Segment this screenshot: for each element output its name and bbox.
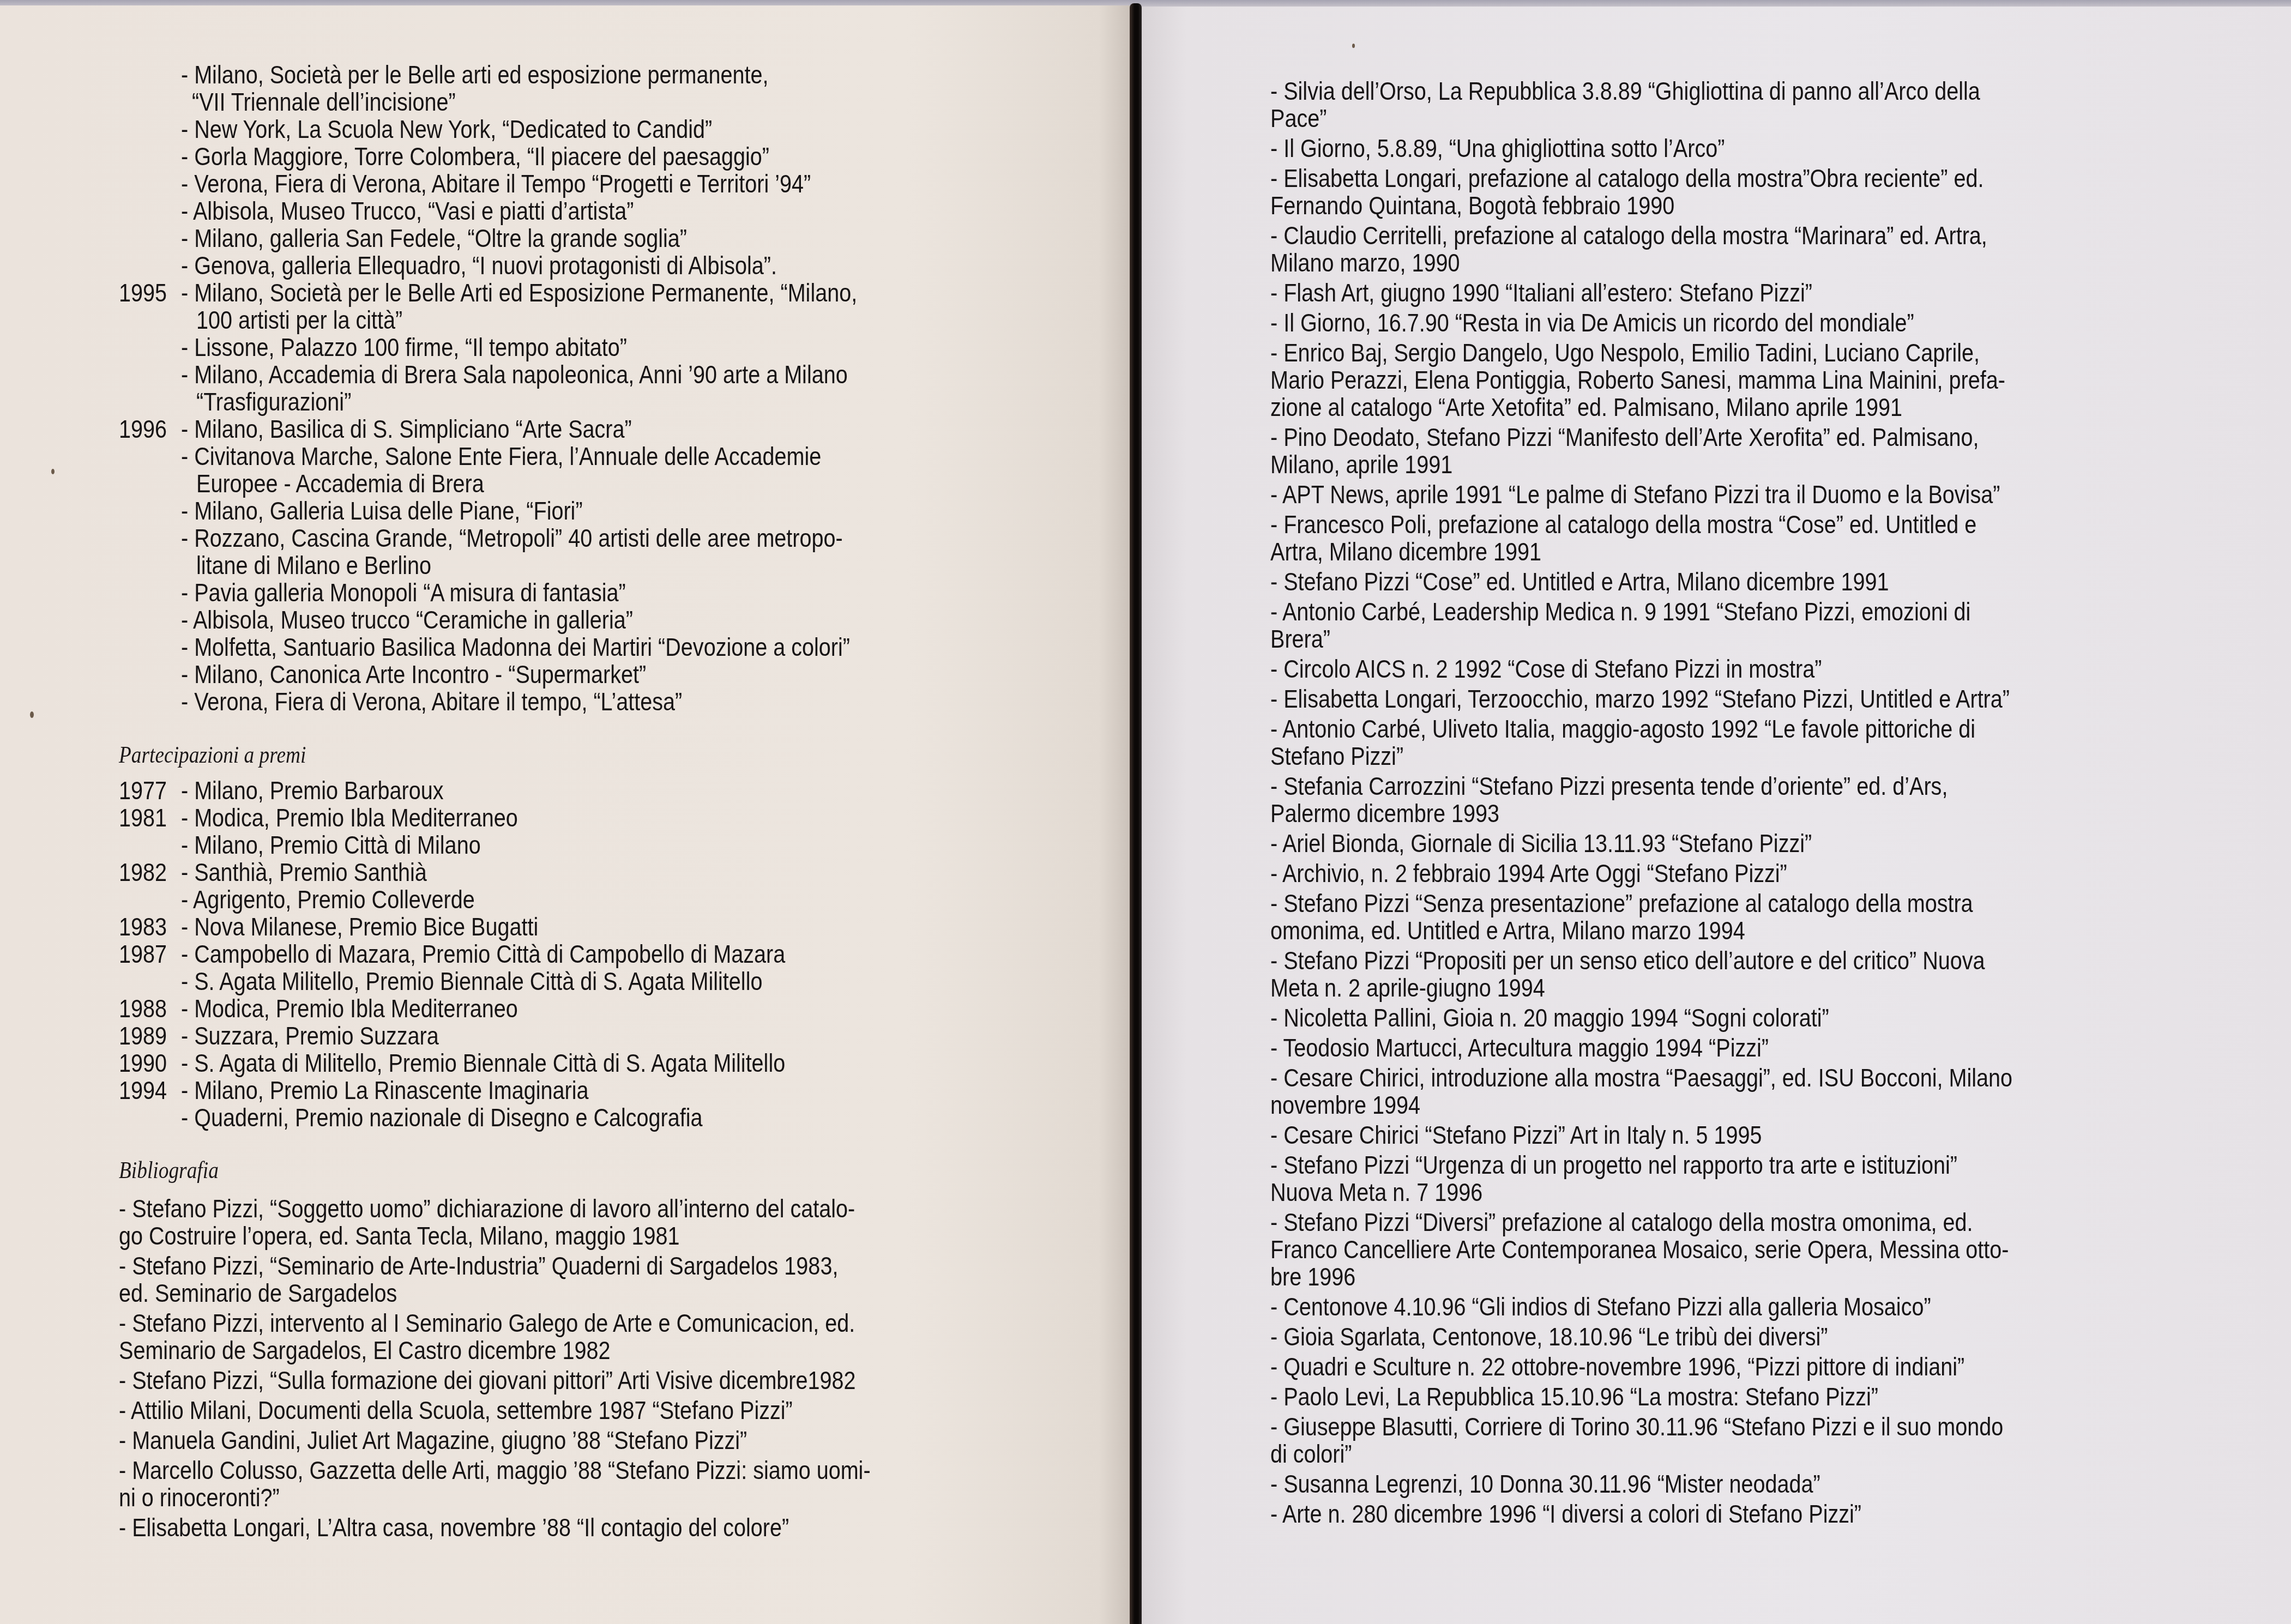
bibliography-entry: - Silvia dell’Orso, La Repubblica 3.8.89… — [1270, 77, 1980, 105]
list-item: - Verona, Fiera di Verona, Abitare il te… — [181, 688, 682, 715]
bibliography-entry-continuation: Brera” — [1270, 625, 1330, 653]
year-label: 1996 — [119, 415, 167, 443]
year-label: 1982 — [119, 859, 167, 886]
list-item-continuation: “VII Triennale dell’incisione” — [192, 88, 456, 116]
paper-speck — [1352, 44, 1355, 48]
year-label: 1990 — [119, 1049, 167, 1077]
bibliography-entry-continuation: Palermo dicembre 1993 — [1270, 800, 1499, 827]
bibliography-entry: - Quadri e Sculture n. 22 ottobre-novemb… — [1270, 1353, 1964, 1380]
bibliography-entry: - Cesare Chirici “Stefano Pizzi” Art in … — [1270, 1121, 1762, 1149]
list-item: - Milano, Canonica Arte Incontro - “Supe… — [181, 661, 646, 688]
bibliography-entry-continuation: Milano marzo, 1990 — [1270, 249, 1460, 276]
bibliography-entry-continuation: Franco Cancelliere Arte Contemporanea Mo… — [1270, 1236, 2009, 1263]
bibliography-entry: - Centonove 4.10.96 “Gli indios di Stefa… — [1270, 1293, 1931, 1320]
bibliography-entry-continuation: Seminario de Sargadelos, El Castro dicem… — [119, 1337, 611, 1364]
bibliography-entry: - Nicoletta Pallini, Gioia n. 20 maggio … — [1270, 1004, 1829, 1031]
bibliography-entry-continuation: omonima, ed. Untitled e Artra, Milano ma… — [1270, 917, 1745, 944]
list-item: - Gorla Maggiore, Torre Colombera, “Il p… — [181, 143, 769, 170]
bibliography-entry: - Stefano Pizzi “Urgenza di un progetto … — [1270, 1151, 1957, 1179]
bibliography-entry-continuation: ed. Seminario de Sargadelos — [119, 1279, 397, 1307]
bibliography-entry: - Antonio Carbé, Uliveto Italia, maggio-… — [1270, 715, 1975, 742]
bibliography-entry: - Susanna Legrenzi, 10 Donna 30.11.96 “M… — [1270, 1470, 1820, 1498]
bibliography-entry: - Stefania Carrozzini “Stefano Pizzi pre… — [1270, 772, 1948, 800]
list-item: - Albisola, Museo Trucco, “Vasi e piatti… — [181, 197, 634, 225]
bibliography-entry: - Elisabetta Longari, Terzoocchio, marzo… — [1270, 685, 2010, 713]
bibliography-entry: - Stefano Pizzi, intervento al I Seminar… — [119, 1309, 855, 1337]
bibliography-entry-continuation: di colori” — [1270, 1440, 1352, 1468]
bibliography-entry: - Enrico Baj, Sergio Dangelo, Ugo Nespol… — [1270, 339, 1980, 366]
list-item: - Milano, Galleria Luisa delle Piane, “F… — [181, 497, 583, 524]
bibliography-entry: - Giuseppe Blasutti, Corriere di Torino … — [1270, 1413, 2003, 1440]
list-item-continuation: 100 artisti per la città” — [196, 306, 402, 334]
bibliography-entry-continuation: Nuova Meta n. 7 1996 — [1270, 1179, 1482, 1206]
list-item: - Verona, Fiera di Verona, Abitare il Te… — [181, 170, 811, 197]
year-label: 1981 — [119, 804, 167, 831]
award-item: - Campobello di Mazara, Premio Città di … — [181, 940, 785, 968]
bibliography-entry-continuation: Mario Perazzi, Elena Pontiggia, Roberto … — [1270, 366, 2005, 394]
award-item: - Agrigento, Premio Colleverde — [181, 886, 475, 913]
award-item: - Modica, Premio Ibla Mediterraneo — [181, 995, 518, 1022]
list-item: - Genova, galleria Ellequadro, “I nuovi … — [181, 252, 777, 279]
bibliography-entry-continuation: Stefano Pizzi” — [1270, 742, 1403, 770]
list-item-continuation: “Trasfigurazioni” — [196, 388, 351, 415]
bibliography-entry-continuation: novembre 1994 — [1270, 1091, 1420, 1119]
award-item: - Nova Milanese, Premio Bice Bugatti — [181, 913, 538, 940]
bibliography-entry-continuation: Fernando Quintana, Bogotà febbraio 1990 — [1270, 192, 1674, 219]
bibliography-entry: - Claudio Cerritelli, prefazione al cata… — [1270, 222, 1987, 249]
bibliography-entry: - Teodosio Martucci, Artecultura maggio … — [1270, 1034, 1769, 1061]
bibliography-entry: - Attilio Milani, Documenti della Scuola… — [119, 1397, 793, 1424]
bibliography-entry-continuation: ni o rinoceronti?” — [119, 1484, 280, 1511]
paper-speck — [30, 711, 34, 718]
bibliography-entry-continuation: Pace” — [1270, 105, 1327, 132]
bibliography-entry: - Marcello Colusso, Gazzetta delle Arti,… — [119, 1457, 871, 1484]
bibliography-entry-continuation: go Costruire l’opera, ed. Santa Tecla, M… — [119, 1222, 679, 1249]
paper-speck — [51, 469, 55, 474]
bibliography-entry: - Elisabetta Longari, prefazione al cata… — [1270, 165, 1983, 192]
list-item: - Rozzano, Cascina Grande, “Metropoli” 4… — [181, 524, 843, 552]
bibliography-entry: - Pino Deodato, Stefano Pizzi “Manifesto… — [1270, 424, 1979, 451]
award-item: - Milano, Premio Città di Milano — [181, 831, 481, 859]
list-item: - Milano, Società per le Belle arti ed e… — [181, 61, 769, 88]
bibliography-entry: - Francesco Poli, prefazione al catalogo… — [1270, 511, 1976, 538]
year-label: 1983 — [119, 913, 167, 940]
award-item: - Suzzara, Premio Suzzara — [181, 1022, 439, 1049]
list-item-continuation: Europee - Accademia di Brera — [196, 470, 484, 497]
section-heading-bibliography: Bibliografia — [119, 1157, 219, 1184]
bibliography-entry-continuation: Meta n. 2 aprile-giugno 1994 — [1270, 974, 1545, 1001]
bibliography-entry-continuation: zione al catalogo “Arte Xetofita” ed. Pa… — [1270, 394, 1902, 421]
list-item-continuation: litane di Milano e Berlino — [196, 552, 431, 579]
list-item: - Milano, Società per le Belle Arti ed E… — [181, 279, 857, 306]
bibliography-entry-continuation: Artra, Milano dicembre 1991 — [1270, 538, 1541, 565]
bibliography-entry: - Stefano Pizzi “Senza presentazione” pr… — [1270, 890, 1973, 917]
year-label: 1987 — [119, 940, 167, 968]
bibliography-entry: - Elisabetta Longari, L’Altra casa, nove… — [119, 1514, 789, 1541]
bibliography-entry: - Arte n. 280 dicembre 1996 “I diversi a… — [1270, 1500, 1861, 1528]
bibliography-entry: - Il Giorno, 5.8.89, “Una ghigliottina s… — [1270, 135, 1725, 162]
bibliography-entry-continuation: Milano, aprile 1991 — [1270, 451, 1452, 478]
year-label: 1994 — [119, 1077, 167, 1104]
bibliography-entry: - Flash Art, giugno 1990 “Italiani all’e… — [1270, 279, 1812, 306]
bibliography-entry: - Ariel Bionda, Giornale di Sicilia 13.1… — [1270, 830, 1812, 857]
list-item: - Molfetta, Santuario Basilica Madonna d… — [181, 633, 850, 661]
award-item: - Milano, Premio La Rinascente Imaginari… — [181, 1077, 589, 1104]
bibliography-entry: - Stefano Pizzi, “Seminario de Arte-Indu… — [119, 1252, 838, 1279]
section-heading-awards: Partecipazioni a premi — [119, 741, 306, 769]
bibliography-entry: - Manuela Gandini, Juliet Art Magazine, … — [119, 1427, 747, 1454]
bibliography-entry: - Stefano Pizzi “Cose” ed. Untitled e Ar… — [1270, 568, 1889, 595]
list-item: - Pavia galleria Monopoli “A misura di f… — [181, 579, 626, 606]
bibliography-entry: - Circolo AICS n. 2 1992 “Cose di Stefan… — [1270, 655, 1822, 683]
bibliography-entry: - Stefano Pizzi “Propositi per un senso … — [1270, 947, 1985, 974]
award-item: - Santhià, Premio Santhià — [181, 859, 427, 886]
bibliography-entry-continuation: bre 1996 — [1270, 1263, 1355, 1290]
bibliography-entry: - Il Giorno, 16.7.90 “Resta in via De Am… — [1270, 309, 1914, 336]
award-item: - Quaderni, Premio nazionale di Disegno … — [181, 1104, 703, 1131]
award-item: - Modica, Premio Ibla Mediterraneo — [181, 804, 518, 831]
bibliography-entry: - Paolo Levi, La Repubblica 15.10.96 “La… — [1270, 1383, 1878, 1410]
year-label: 1995 — [119, 279, 167, 306]
list-item: - Albisola, Museo trucco “Ceramiche in g… — [181, 606, 633, 633]
bibliography-entry: - Antonio Carbé, Leadership Medica n. 9 … — [1270, 598, 1970, 625]
bibliography-entry: - Stefano Pizzi, “Sulla formazione dei g… — [119, 1367, 856, 1394]
award-item: - S. Agata Militello, Premio Biennale Ci… — [181, 968, 762, 995]
bibliography-entry: - APT News, aprile 1991 “Le palme di Ste… — [1270, 481, 2000, 508]
list-item: - Milano, Accademia di Brera Sala napole… — [181, 361, 848, 388]
bibliography-entry: - Stefano Pizzi “Diversi” prefazione al … — [1270, 1209, 1973, 1236]
bibliography-entry: - Gioia Sgarlata, Centonove, 18.10.96 “L… — [1270, 1323, 1828, 1350]
list-item: - Milano, Basilica di S. Simpliciano “Ar… — [181, 415, 632, 443]
year-label: 1989 — [119, 1022, 167, 1049]
year-label: 1988 — [119, 995, 167, 1022]
award-item: - S. Agata di Militello, Premio Biennale… — [181, 1049, 785, 1077]
bibliography-entry: - Stefano Pizzi, “Soggetto uomo” dichiar… — [119, 1195, 855, 1222]
bibliography-entry: - Cesare Chirici, introduzione alla most… — [1270, 1064, 2012, 1091]
list-item: - Civitanova Marche, Salone Ente Fiera, … — [181, 443, 821, 470]
list-item: - Milano, galleria San Fedele, “Oltre la… — [181, 225, 687, 252]
award-item: - Milano, Premio Barbaroux — [181, 777, 444, 804]
book-gutter — [1130, 3, 1142, 1624]
list-item: - New York, La Scuola New York, “Dedicat… — [181, 116, 712, 143]
bibliography-entry: - Archivio, n. 2 febbraio 1994 Arte Oggi… — [1270, 860, 1787, 887]
year-label: 1977 — [119, 777, 167, 804]
list-item: - Lissone, Palazzo 100 firme, “Il tempo … — [181, 334, 627, 361]
